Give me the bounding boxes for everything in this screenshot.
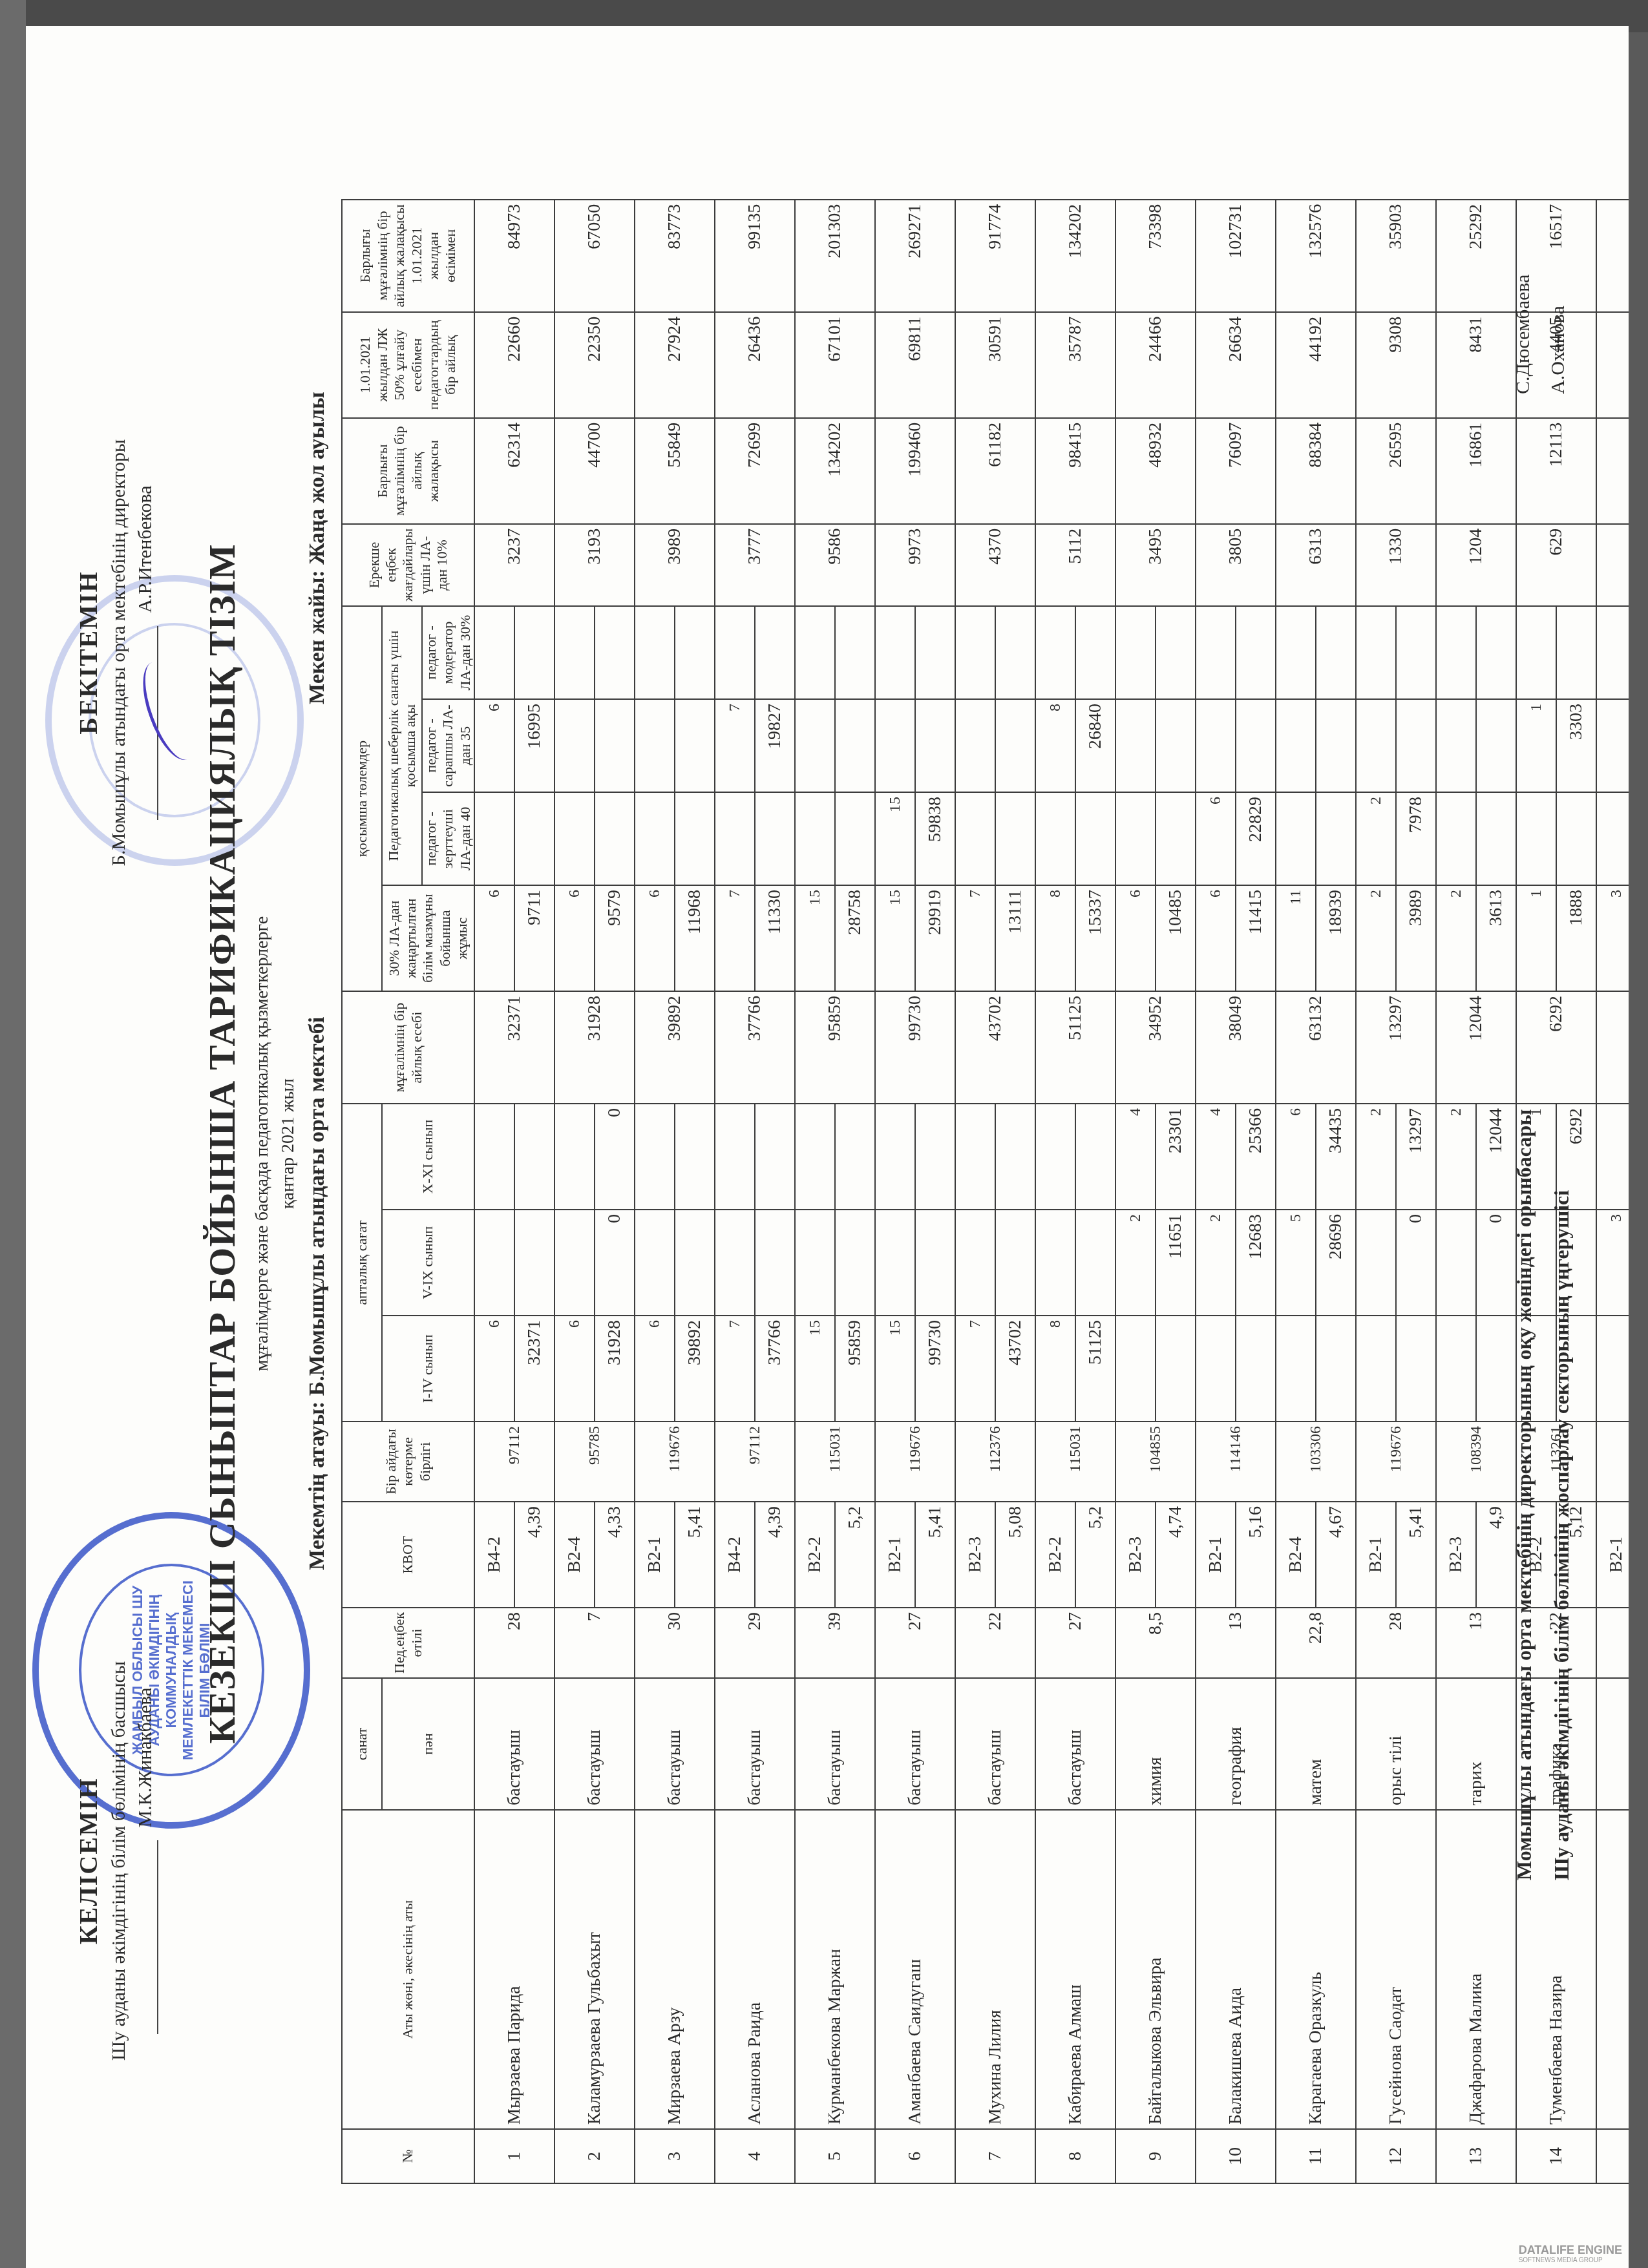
total-monthly: 72699 (715, 418, 795, 524)
updated-content-amount: 9711 (514, 885, 555, 991)
expert-hours (955, 699, 995, 792)
total-with-increase: 102731 (1196, 200, 1276, 312)
expert-amount (595, 699, 635, 792)
researcher-amount (1316, 792, 1356, 885)
hours-1-4: 7 (715, 1316, 755, 1422)
col-base-rate: Бір айдағы көтерме бірлігі (342, 1422, 474, 1502)
researcher-amount (1556, 792, 1596, 885)
expert-amount: 19827 (755, 699, 795, 792)
col-grades-10-11: X-XI сынып (382, 1104, 474, 1210)
col-researcher: педагог - зерттеуші ЛА-дан 40 (422, 792, 474, 885)
base-rate: 97112 (715, 1422, 795, 1502)
hours-1-4: 6 (635, 1316, 675, 1422)
col-subject: пән (382, 1678, 474, 1810)
base-rate: 103306 (1276, 1422, 1356, 1502)
hours-5-9 (635, 1210, 675, 1316)
subject: бастауыш (795, 1678, 875, 1810)
col-hours-group: апталық сағат (342, 1104, 382, 1422)
subject: орыс тілі (1596, 1678, 1629, 1810)
hours-5-9 (1436, 1210, 1476, 1316)
increase-50: 26634 (1196, 312, 1276, 418)
experience: 27 (1035, 1608, 1115, 1678)
monthly-calc: 51125 (1035, 991, 1115, 1104)
expert-amount (1396, 699, 1436, 792)
row-number: 9 (1115, 2129, 1196, 2183)
hours-10-11 (1035, 1104, 1075, 1210)
moderator-hours (1035, 606, 1075, 699)
teacher-name: Карагаева Оразкуль (1276, 1810, 1356, 2129)
experience: 7 (555, 1608, 635, 1678)
special-conditions: 629 (1516, 524, 1596, 606)
hours-10-11 (635, 1104, 675, 1210)
col-mastery-group: Педагогикалық шеберлік санаты үшін қосым… (382, 606, 422, 885)
teacher-name: Балакишева Аида (1196, 1810, 1276, 2129)
updated-content-hours: 6 (1196, 885, 1236, 991)
expert-amount: 16995 (514, 699, 555, 792)
researcher-hours (795, 792, 835, 885)
expert-amount (1316, 699, 1356, 792)
monthly-calc: 32371 (474, 991, 555, 1104)
total-monthly: 55849 (635, 418, 715, 524)
updated-content-amount: 29919 (915, 885, 955, 991)
increase-50: 44192 (1276, 312, 1356, 418)
total-monthly: 61182 (955, 418, 1035, 524)
expert-hours (1196, 699, 1236, 792)
updated-content-amount: 13111 (995, 885, 1035, 991)
researcher-hours (1035, 792, 1075, 885)
kvot-coefficient: 4,39 (514, 1502, 555, 1608)
researcher-hours (635, 792, 675, 885)
salary-5-9 (1075, 1210, 1115, 1316)
subject: бастауыш (715, 1678, 795, 1810)
base-rate: 97112 (474, 1422, 555, 1502)
total-monthly: 62314 (474, 418, 555, 524)
col-name: Аты жөні, әкесінің аты (342, 1810, 474, 2129)
special-conditions: 3193 (555, 524, 635, 606)
rotated-document: ЖАМБЫЛ ОБЛЫСЫ ШУ АУДАНЫ ӘКІМДІГІНІҢ КОММ… (26, 32, 1590, 2242)
hours-5-9 (474, 1210, 514, 1316)
salary-1-4: 39892 (675, 1316, 715, 1422)
monthly-calc: 12044 (1436, 991, 1516, 1104)
special-conditions: 4370 (955, 524, 1035, 606)
subject: тарих (1436, 1678, 1516, 1810)
kvot-coefficient: 5,2 (835, 1502, 875, 1608)
hours-10-11: 4 (1115, 1104, 1156, 1210)
increase-50: 13962 (1596, 312, 1629, 418)
moderator-amount (1316, 606, 1356, 699)
increase-50: 27924 (635, 312, 715, 418)
special-conditions: 3989 (635, 524, 715, 606)
expert-amount (1156, 699, 1196, 792)
row-number: 6 (875, 2129, 955, 2183)
hours-5-9 (795, 1210, 835, 1316)
increase-50: 24466 (1115, 312, 1196, 418)
moderator-amount (1476, 606, 1516, 699)
experience: 29 (715, 1608, 795, 1678)
updated-content-hours: 6 (1115, 885, 1156, 991)
salary-1-4 (1396, 1316, 1436, 1422)
total-monthly: 134202 (795, 418, 875, 524)
special-conditions: 5112 (1035, 524, 1115, 606)
monthly-calc: 39892 (635, 991, 715, 1104)
table-row: 10Балакишева Аидагеография13В2-111414624… (1196, 200, 1236, 2183)
expert-hours: 1 (1516, 699, 1556, 792)
moderator-amount (995, 606, 1035, 699)
moderator-amount (1156, 606, 1196, 699)
monthly-calc: 63132 (1276, 991, 1356, 1104)
hours-10-11: 6 (1276, 1104, 1316, 1210)
row-number: 5 (795, 2129, 875, 2183)
kvot-coefficient: 5,08 (995, 1502, 1035, 1608)
expert-amount (1236, 699, 1276, 792)
moderator-hours (1516, 606, 1556, 699)
researcher-amount: 7978 (1396, 792, 1436, 885)
base-rate: 119676 (635, 1422, 715, 1502)
updated-content-hours: 1 (1516, 885, 1556, 991)
hours-10-11 (555, 1104, 595, 1210)
col-no: № (342, 2129, 474, 2183)
table-row: 6Аманбаева Саидугашбастауыш27В2-11196761… (875, 200, 915, 2183)
researcher-hours: 2 (1356, 792, 1396, 885)
document-period: қантар 2021 жыл (278, 498, 299, 1790)
hours-10-11 (474, 1104, 514, 1210)
moderator-amount (915, 606, 955, 699)
total-with-increase: 269271 (875, 200, 955, 312)
expert-hours: 6 (474, 699, 514, 792)
updated-content-amount: 10485 (1156, 885, 1196, 991)
hours-5-9: 3 (1596, 1210, 1629, 1316)
updated-content-hours: 11 (1276, 885, 1316, 991)
teacher-name: Мырзаева Парида (474, 1810, 555, 2129)
base-rate: 119676 (1356, 1422, 1436, 1502)
updated-content-amount: 9579 (595, 885, 635, 991)
hours-10-11: 2 (1356, 1104, 1396, 1210)
special-conditions: 9973 (875, 524, 955, 606)
hours-1-4: 15 (795, 1316, 835, 1422)
experience: 22,8 (1276, 1608, 1356, 1678)
kvot-code: В2-1 (1196, 1502, 1236, 1608)
increase-50: 8431 (1436, 312, 1516, 418)
hours-10-11: 2 (1436, 1104, 1476, 1210)
col-expert: педагог - сарапшы ЛА-дан 35 (422, 699, 474, 792)
researcher-amount (514, 792, 555, 885)
base-rate: 119676 (875, 1422, 955, 1502)
hours-1-4: 8 (1035, 1316, 1075, 1422)
moderator-amount (1075, 606, 1115, 699)
expert-amount (1476, 699, 1516, 792)
updated-content-amount: 28758 (835, 885, 875, 991)
moderator-hours (555, 606, 595, 699)
subject: бастауыш (635, 1678, 715, 1810)
researcher-amount: 59838 (915, 792, 955, 885)
kvot-code: В2-3 (1115, 1502, 1156, 1608)
salary-5-9 (915, 1210, 955, 1316)
researcher-hours: 6 (1196, 792, 1236, 885)
footer-line-1: Момышұлы атындағы орта мектебінің директ… (1506, 1109, 1543, 1880)
salary-1-4: 95859 (835, 1316, 875, 1422)
subject: орыс тілі (1356, 1678, 1436, 1810)
total-monthly: 44700 (555, 418, 635, 524)
teacher-name: Каламурзаева Гульбахыт (555, 1810, 635, 2129)
kvot-coefficient: 4,74 (1156, 1502, 1196, 1608)
moderator-hours (715, 606, 755, 699)
kvot-code: В2-1 (1356, 1502, 1396, 1608)
total-with-increase: 25292 (1436, 200, 1516, 312)
hours-5-9: 2 (1196, 1210, 1236, 1316)
updated-content-hours: 2 (1436, 885, 1476, 991)
salary-5-9 (835, 1210, 875, 1316)
updated-content-hours: 15 (795, 885, 835, 991)
row-number: 14 (1516, 2129, 1596, 2183)
researcher-hours (1115, 792, 1156, 885)
total-monthly: 76097 (1196, 418, 1276, 524)
expert-hours (1436, 699, 1476, 792)
document-title: КЕЗЕКШІ СЫНЫПТАР БОЙЫНША ТАРИФИКАЦИЯЛЫҚ … (200, 433, 244, 1854)
approval-title: КЕЛІСЕМІН (71, 1570, 106, 2152)
table-row: 1Мырзаева Паридабастауыш28В4-29711263237… (474, 200, 514, 2183)
salary-5-9: 28696 (1316, 1210, 1356, 1316)
monthly-calc: 95859 (795, 991, 875, 1104)
kvot-code: В2-1 (1596, 1502, 1629, 1608)
researcher-hours (955, 792, 995, 885)
special-conditions: 1330 (1356, 524, 1436, 606)
subject: география (1196, 1678, 1276, 1810)
researcher-amount (1075, 792, 1115, 885)
hours-5-9 (1035, 1210, 1075, 1316)
salary-1-4 (1316, 1316, 1356, 1422)
kvot-coefficient: 4,67 (1316, 1502, 1356, 1608)
salary-5-9: 0 (595, 1210, 635, 1316)
salary-10-11 (915, 1104, 955, 1210)
hours-1-4 (1276, 1316, 1316, 1422)
subject: бастауыш (955, 1678, 1035, 1810)
col-special-conditions: Ерекше еңбек жағдайлары үшін ЛА-дан 10% (342, 524, 474, 606)
expert-hours (1596, 699, 1629, 792)
moderator-hours (1356, 606, 1396, 699)
scanner-edge-left (0, 0, 26, 2268)
subject: бастауыш (1035, 1678, 1115, 1810)
expert-amount (915, 699, 955, 792)
salary-5-9 (514, 1210, 555, 1316)
researcher-amount (1476, 792, 1516, 885)
hours-1-4 (1436, 1316, 1476, 1422)
kvot-code: В2-1 (875, 1502, 915, 1608)
updated-content-amount: 11330 (755, 885, 795, 991)
salary-1-4: 99730 (915, 1316, 955, 1422)
kvot-coefficient: 5,16 (1236, 1502, 1276, 1608)
hours-1-4 (1196, 1316, 1236, 1422)
approver-name: М.К.Жинакбаева (134, 1688, 156, 1828)
table-body: 1Мырзаева Паридабастауыш28В4-29711263237… (474, 200, 1629, 2183)
moderator-amount (755, 606, 795, 699)
increase-50: 26436 (715, 312, 795, 418)
col-total-with-increase: Барлығы мұғалімнің бір айлық жалақысы 1.… (342, 200, 474, 312)
table-row: 8Кабираева Алмашбастауыш27В2-21150318511… (1035, 200, 1075, 2183)
salary-10-11: 13297 (1396, 1104, 1436, 1210)
experience: 13 (1196, 1608, 1276, 1678)
base-rate: 114146 (1196, 1422, 1276, 1502)
teacher-name: Кабираева Алмаш (1035, 1810, 1115, 2129)
updated-content-amount: 11968 (675, 885, 715, 991)
hours-1-4 (1596, 1316, 1629, 1422)
teacher-name: Габибова Мирвары (1596, 1810, 1629, 2129)
salary-1-4: 51125 (1075, 1316, 1115, 1422)
table-row: 5Курманбекова Маржанбастауыш39В2-2115031… (795, 200, 835, 2183)
salary-1-4: 31928 (595, 1316, 635, 1422)
kvot-code: В2-3 (1436, 1502, 1476, 1608)
monthly-calc: 13297 (1356, 991, 1436, 1104)
hours-1-4 (1356, 1316, 1396, 1422)
expert-hours (1115, 699, 1156, 792)
col-kvot: КВОТ (342, 1502, 474, 1608)
row-number: 8 (1035, 2129, 1115, 2183)
salary-5-9: 12683 (1236, 1210, 1276, 1316)
updated-content-hours: 15 (875, 885, 915, 991)
col-total-monthly: Барлығы мұғалімнің бір айлық жалақысы (342, 418, 474, 524)
moderator-amount (1396, 606, 1436, 699)
table-row: 15Габибова Мирварыорыс тілі34В2-11196763… (1596, 200, 1629, 2183)
table-row: 13Джафарова Маликатарих13В2-310839421204… (1436, 200, 1476, 2183)
base-rate: 112376 (955, 1422, 1035, 1502)
expert-hours (795, 699, 835, 792)
updated-content-hours: 8 (1035, 885, 1075, 991)
row-number: 2 (555, 2129, 635, 2183)
experience: 39 (795, 1608, 875, 1678)
footer-name-1: С.Дюсембаева (1506, 275, 1541, 394)
total-with-increase: 91774 (955, 200, 1035, 312)
total-monthly: 199460 (875, 418, 955, 524)
base-rate: 104855 (1115, 1422, 1196, 1502)
updated-content-hours: 7 (955, 885, 995, 991)
table-row: 4Асланова Раидабастауыш29В4-297112737766… (715, 200, 755, 2183)
hours-5-9 (715, 1210, 755, 1316)
researcher-hours (1596, 792, 1629, 885)
salary-5-9 (995, 1210, 1035, 1316)
salary-10-11 (995, 1104, 1035, 1210)
total-monthly: 98415 (1035, 418, 1115, 524)
total-monthly: 88384 (1276, 418, 1356, 524)
table-row: 7Мухина Лилиябастауыш22В2-31123767437027… (955, 200, 995, 2183)
salary-10-11: 25366 (1236, 1104, 1276, 1210)
special-conditions: 1995 (1596, 524, 1629, 606)
row-number: 11 (1276, 2129, 1356, 2183)
expert-amount (675, 699, 715, 792)
salary-1-4: 37766 (755, 1316, 795, 1422)
hours-5-9 (1356, 1210, 1396, 1316)
table-row: 9Байгалыкова Эльвирахимия8,5В2-310485524… (1115, 200, 1156, 2183)
increase-50: 30591 (955, 312, 1035, 418)
total-with-increase: 41887 (1596, 200, 1629, 312)
kvot-coefficient: 5,2 (1075, 1502, 1115, 1608)
approval-title: БЕКІТЕМІН (71, 330, 106, 976)
updated-content-amount: 18939 (1316, 885, 1356, 991)
total-with-increase: 84973 (474, 200, 555, 312)
hours-1-4: 7 (955, 1316, 995, 1422)
expert-hours (555, 699, 595, 792)
signature-line (157, 1840, 158, 2034)
kvot-code: В2-1 (635, 1502, 675, 1608)
salary-10-11: 23301 (1156, 1104, 1196, 1210)
expert-amount (835, 699, 875, 792)
base-rate: 119676 (1596, 1422, 1629, 1502)
salary-10-11: 34435 (1316, 1104, 1356, 1210)
kvot-code: В2-2 (1035, 1502, 1075, 1608)
moderator-hours (955, 606, 995, 699)
monthly-calc: 38049 (1196, 991, 1276, 1104)
kvot-coefficient: 4,33 (595, 1502, 635, 1608)
updated-content-hours: 6 (474, 885, 514, 991)
footer-names: С.Дюсембаева А.Оханова (1506, 275, 1576, 394)
total-with-increase: 201303 (795, 200, 875, 312)
school-address: Мекен жайы: Жаңа жол ауылы (305, 392, 330, 704)
salary-10-11 (514, 1104, 555, 1210)
updated-content-amount: 15337 (1075, 885, 1115, 991)
monthly-calc: 6292 (1516, 991, 1596, 1104)
kvot-coefficient: 5,41 (915, 1502, 955, 1608)
moderator-amount (514, 606, 555, 699)
datalife-engine-logo: DATALIFE ENGINE SOFTNEWS MEDIA GROUP (1519, 2243, 1622, 2264)
kvot-code: В2-3 (955, 1502, 995, 1608)
kvot-code: В4-2 (715, 1502, 755, 1608)
experience: 8,5 (1115, 1608, 1196, 1678)
total-with-increase: 132576 (1276, 200, 1356, 312)
total-with-increase: 99135 (715, 200, 795, 312)
researcher-hours (1276, 792, 1316, 885)
researcher-amount: 22829 (1236, 792, 1276, 885)
kvot-code: В2-4 (555, 1502, 595, 1608)
special-conditions: 6313 (1276, 524, 1356, 606)
kvot-coefficient: 4,39 (755, 1502, 795, 1608)
hours-5-9 (555, 1210, 595, 1316)
researcher-amount (755, 792, 795, 885)
subject: бастауыш (474, 1678, 555, 1810)
subject: химия (1115, 1678, 1196, 1810)
researcher-hours: 15 (875, 792, 915, 885)
hours-10-11 (1596, 1104, 1629, 1210)
table-row: 12Гусейнова Саодаторыс тілі28В2-11196762… (1356, 200, 1396, 2183)
base-rate: 115031 (1035, 1422, 1115, 1502)
updated-content-amount: 1888 (1556, 885, 1596, 991)
moderator-amount (1236, 606, 1276, 699)
updated-content-hours: 7 (715, 885, 755, 991)
col-grades-1-4: I-IV сынып (382, 1316, 474, 1422)
researcher-hours (1436, 792, 1476, 885)
increase-50: 22350 (555, 312, 635, 418)
document-header: ЖАМБЫЛ ОБЛЫСЫ ШУ АУДАНЫ ӘКІМДІГІНІҢ КОММ… (52, 32, 336, 2242)
hours-5-9: 5 (1276, 1210, 1316, 1316)
expert-hours (1276, 699, 1316, 792)
kvot-coefficient: 5,41 (675, 1502, 715, 1608)
moderator-hours (795, 606, 835, 699)
expert-hours: 8 (1035, 699, 1075, 792)
researcher-amount (1156, 792, 1196, 885)
experience: 34 (1596, 1608, 1629, 1678)
salary-10-11 (675, 1104, 715, 1210)
monthly-calc: 19946 (1596, 991, 1629, 1104)
subject: бастауыш (555, 1678, 635, 1810)
updated-content-hours: 6 (635, 885, 675, 991)
col-grades-5-9: V-IX сынып (382, 1210, 474, 1316)
moderator-hours (1596, 606, 1629, 699)
total-monthly: 48932 (1115, 418, 1196, 524)
salary-5-9 (755, 1210, 795, 1316)
footer-line-2: Шу ауданы әкімдігінің білім бөлімінің жо… (1543, 1109, 1581, 1880)
col-increase-50: 1.01.2021 жылдан ЛЖ 50% ұлғайу есебімен … (342, 312, 474, 418)
moderator-hours (474, 606, 514, 699)
monthly-calc: 43702 (955, 991, 1035, 1104)
kvot-coefficient: 5,41 (1396, 1502, 1436, 1608)
monthly-calc: 31928 (555, 991, 635, 1104)
